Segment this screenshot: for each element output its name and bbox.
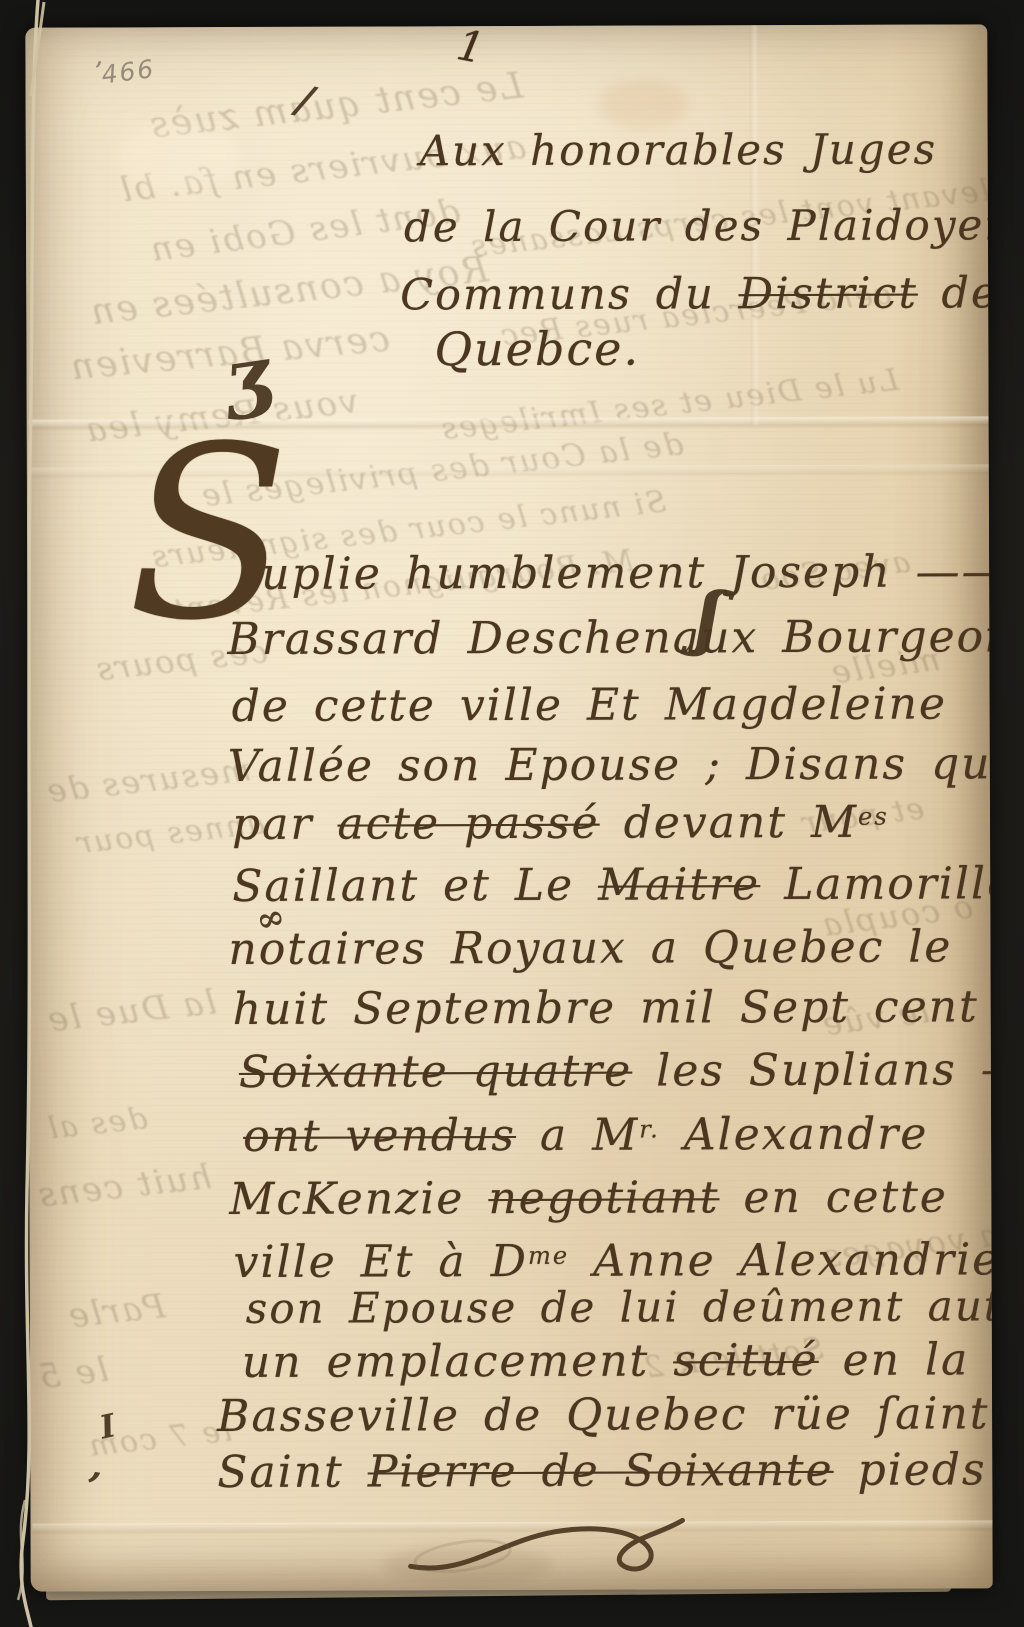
- paper: Le cent quam zuèsaux ouvriers en fa. bld…: [25, 24, 992, 1591]
- page-number: 1: [453, 24, 488, 73]
- annotation-layer: S 466 1: [25, 24, 992, 1591]
- archive-number: 466: [100, 54, 157, 90]
- drop-cap-s: S: [127, 437, 291, 633]
- signature-flourish: [402, 1515, 702, 1591]
- binding-thread: [0, 0, 70, 1627]
- document-scan: Le cent quam zuèsaux ouvriers en fa. bld…: [0, 0, 1024, 1627]
